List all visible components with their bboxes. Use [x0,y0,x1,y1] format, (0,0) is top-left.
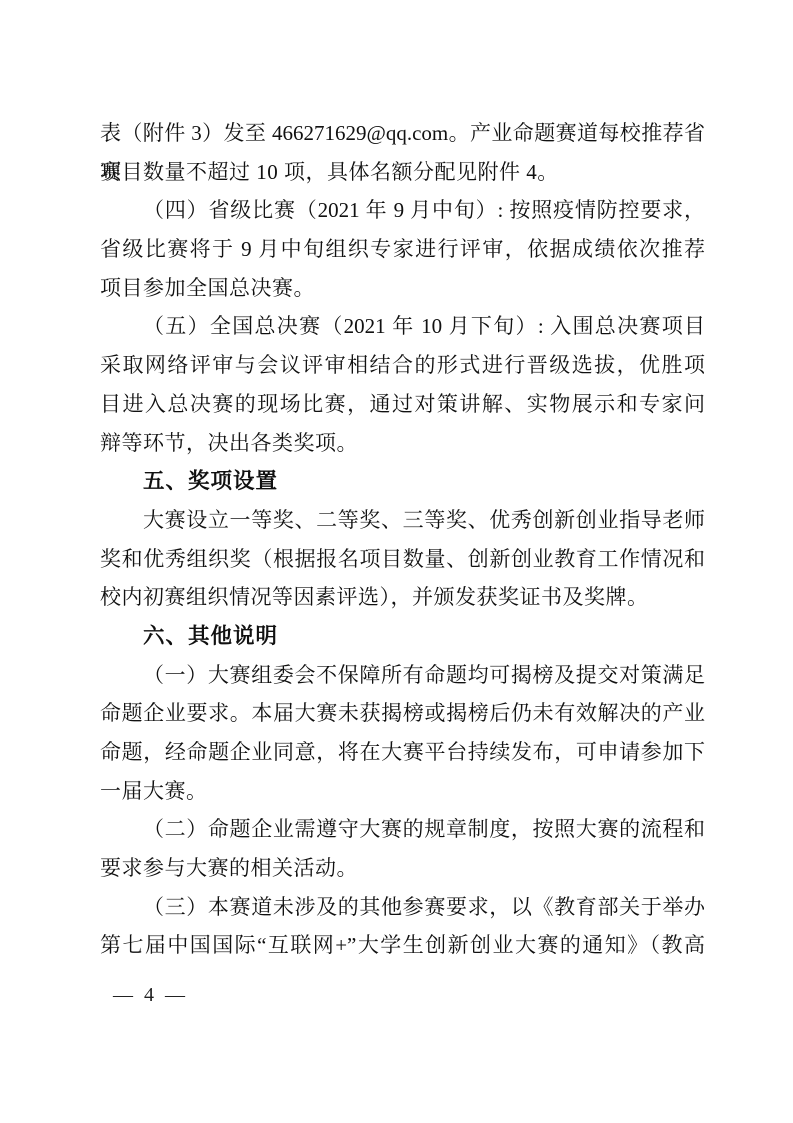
document-text-block: 表（附件 3）发至 466271629@qq.com。产业命题赛道每校推荐省赛项… [100,114,705,965]
text-line: （五）全国总决赛（2021 年 10 月下旬）: 入围总决赛项目 [100,307,705,346]
text-line: 省级比赛将于 9 月中旬组织专家进行评审，依据成绩依次推荐 [100,230,705,269]
text-line: 项目数量不超过 10 项，具体名额分配见附件 4。 [100,153,705,192]
text-line: 要求参与大赛的相关活动。 [100,849,705,888]
section-heading: 五、奖项设置 [100,462,705,501]
text-line: 大赛设立一等奖、二等奖、三等奖、优秀创新创业指导老师 [100,501,705,540]
text-line: （二）命题企业需遵守大赛的规章制度，按照大赛的流程和 [100,810,705,849]
page-number: — 4 — [113,983,188,1007]
text-line: （一）大赛组委会不保障所有命题均可揭榜及提交对策满足 [100,656,705,695]
text-line: 采取网络评审与会议评审相结合的形式进行晋级选拔，优胜项 [100,346,705,385]
text-line: 校内初赛组织情况等因素评选），并颁发获奖证书及奖牌。 [100,578,705,617]
text-line: 命题企业要求。本届大赛未获揭榜或揭榜后仍未有效解决的产业 [100,694,705,733]
text-line: 一届大赛。 [100,772,705,811]
text-line: 第七届中国国际“互联网+”大学生创新创业大赛的通知》（教高 [100,926,705,965]
text-line: 目进入总决赛的现场比赛，通过对策讲解、实物展示和专家问 [100,385,705,424]
text-line: 辩等环节，决出各类奖项。 [100,424,705,463]
text-line: 奖和优秀组织奖（根据报名项目数量、创新创业教育工作情况和 [100,540,705,579]
text-line: 命题，经命题企业同意，将在大赛平台持续发布，可申请参加下 [100,733,705,772]
text-line: 表（附件 3）发至 466271629@qq.com。产业命题赛道每校推荐省赛 [100,114,705,153]
section-heading: 六、其他说明 [100,617,705,656]
text-line: 项目参加全国总决赛。 [100,269,705,308]
document-page: 表（附件 3）发至 466271629@qq.com。产业命题赛道每校推荐省赛项… [0,0,793,1123]
text-line: （三）本赛道未涉及的其他参赛要求，以《教育部关于举办 [100,888,705,927]
text-line: （四）省级比赛（2021 年 9 月中旬）: 按照疫情防控要求， [100,191,705,230]
